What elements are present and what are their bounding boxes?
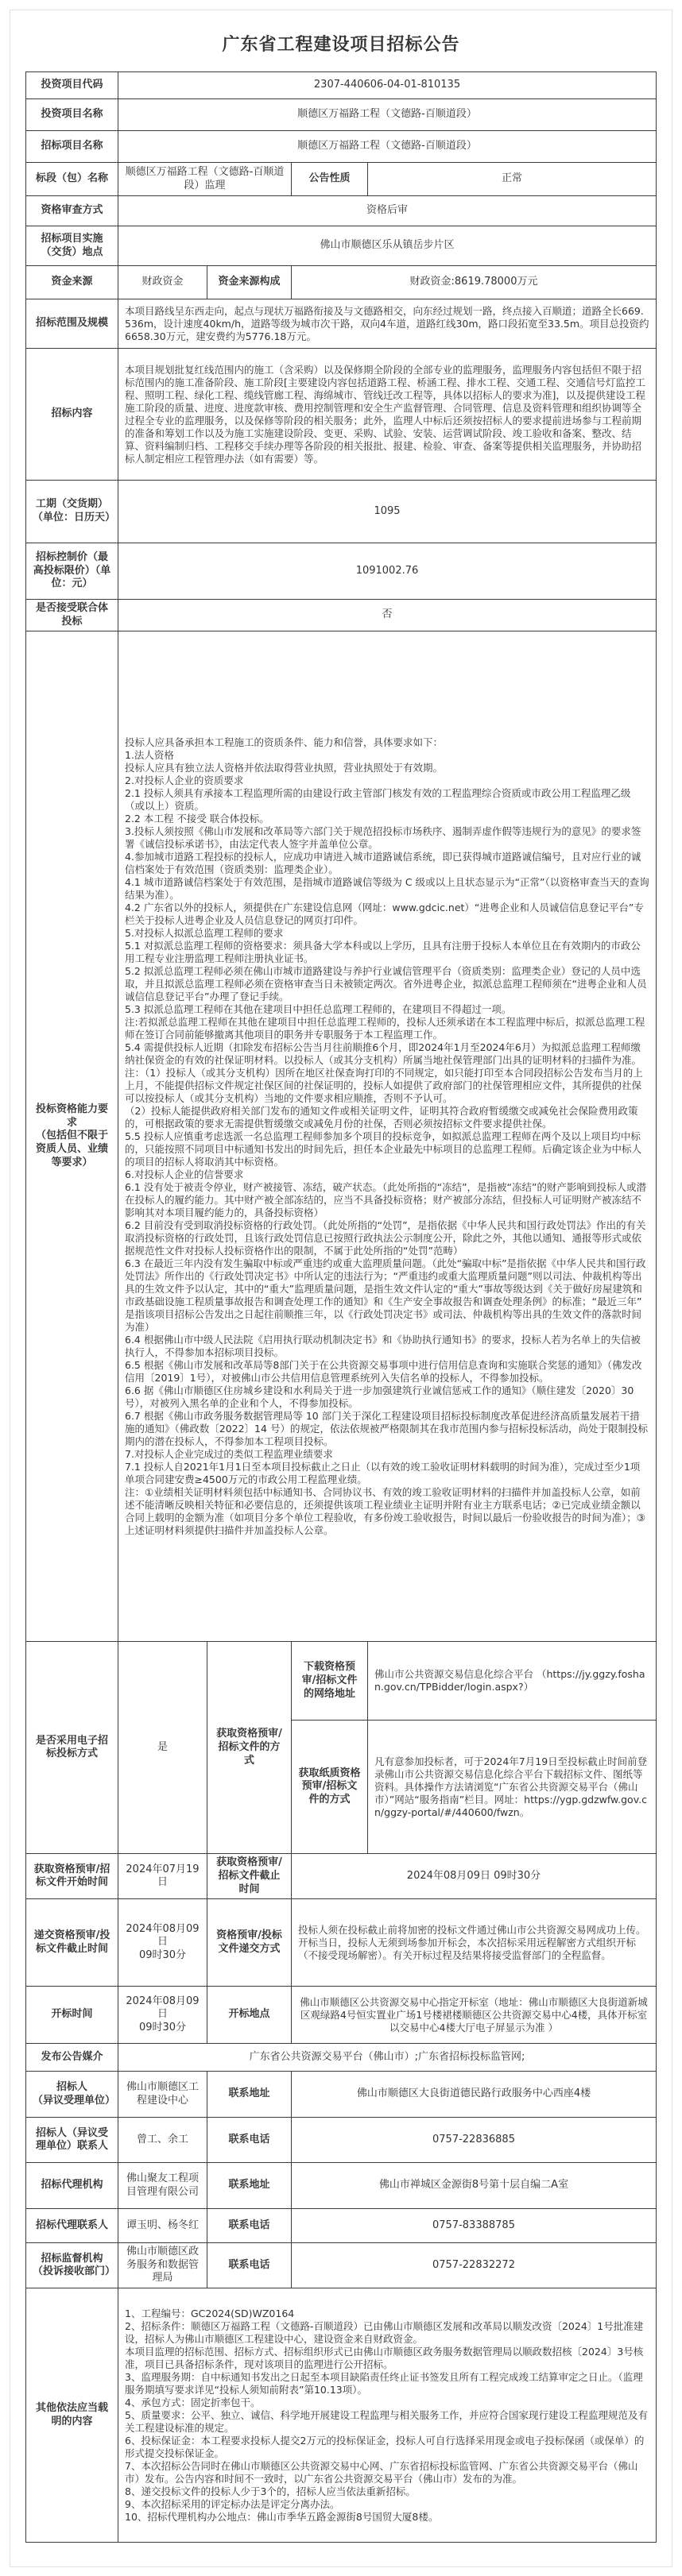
obtain-start-label: 获取资格预审/招标文件开始时间 — [26, 1854, 118, 1899]
paper-docs-label: 获取纸质资格预审/招标文件的方式 — [292, 1721, 368, 1854]
location-label: 招标项目实施（交货）地点 — [26, 226, 118, 266]
submit-method-label: 资格预审/投标文件递交方式 — [207, 1899, 292, 1987]
tenderer-phone-label: 联系电话 — [207, 2118, 292, 2163]
agency-addr-label: 联系地址 — [207, 2163, 292, 2209]
media-label: 发布公告媒介 — [26, 2044, 118, 2072]
duration-value: 1095 — [118, 481, 657, 543]
tenderer-value: 佛山市顺德区工程建设中心 — [118, 2072, 207, 2118]
supervisor-phone-label: 联系电话 — [207, 2243, 292, 2288]
download-url-label: 下载资格预审/招标文件的网络地址 — [292, 1642, 368, 1721]
duration-label: 工期（交货期）（单位：日历天） — [26, 481, 118, 543]
download-url-value: 佛山市公共资源交易信息化综合平台 （https://jy.ggzy.foshan… — [368, 1642, 657, 1721]
supervisor-value: 佛山市顺德区政务服务和数据管理局 — [118, 2243, 207, 2288]
tenderer-label: 招标人 （异议受理单位） — [26, 2072, 118, 2118]
e-bidding-value: 是 — [118, 1642, 207, 1854]
obtain-end-value: 2024年08月09日 09时30分 — [292, 1854, 657, 1899]
scope-label: 招标范围及规模 — [26, 299, 118, 349]
opening-time-label: 开标时间 — [26, 1987, 118, 2044]
consortium-value: 否 — [118, 600, 657, 631]
opening-place-value: 佛山市顺德区公共资源交易中心指定开标室（地址：佛山市顺德区大良街道新城区观绿路4… — [292, 1987, 657, 2044]
funds-value: 财政资金 — [118, 266, 207, 299]
project-code-value: 2307-440606-04-01-810135 — [118, 72, 657, 99]
invest-name-value: 顺德区万福路工程（文德路-百顺道段） — [118, 99, 657, 131]
project-code-label: 投资项目代码 — [26, 72, 118, 99]
qualification-method-value: 资格后审 — [118, 196, 657, 226]
submit-deadline-value: 2024年08月09日 09时30分 — [118, 1899, 207, 1987]
supervisor-phone-value: 0757-22832272 — [292, 2243, 657, 2288]
e-bidding-label: 是否采用电子招标投标方式 — [26, 1642, 118, 1854]
content-value: 本项目规划批复红线范围内的施工（含采购）以及保修期全阶段的全部专业的监理服务，监… — [118, 349, 657, 481]
price-limit-value: 1091002.76 — [118, 543, 657, 600]
submit-method-value: 投标人须在投标截止前将加密的投标文件通过佛山市公共资源交易网成功上传。 开标当日… — [292, 1899, 657, 1987]
scope-value: 本项目路线呈东西走向，起点与现状万福路衔接及与文德路相交，向东经过规划一路，终点… — [118, 299, 657, 349]
obtain-docs-method-label: 获取资格预审/招标文件的方式 — [207, 1642, 292, 1854]
location-value: 佛山市顺德区乐从镇岳步片区 — [118, 226, 657, 266]
obtain-end-label: 获取资格预审/招标文件截止时间 — [207, 1854, 292, 1899]
agency-value: 佛山聚友工程项目管理有限公司 — [118, 2163, 207, 2209]
media-value: 广东省公共资源交易平台（佛山市）;广东省招标投标监管网; — [118, 2044, 657, 2072]
qualification-req-value: 投标人应具备承担本工程施工的资质条件、能力和信誉，具体要求如下： 1.法人资格 … — [118, 631, 657, 1642]
agency-addr-value: 佛山市禅城区金源街8号第十层自编二A室 — [292, 2163, 657, 2209]
qualification-method-label: 资格审查方式 — [26, 196, 118, 226]
funds-label: 资金来源 — [26, 266, 118, 299]
section-label: 标段（包）名称 — [26, 163, 118, 196]
tender-name-label: 招标项目名称 — [26, 131, 118, 163]
section-value: 顺德区万福路工程（文德路-百顺道段）监理 — [118, 163, 292, 196]
agency-contact-label: 招标代理联系人 — [26, 2209, 118, 2243]
announcement-table: 投资项目代码 2307-440606-04-01-810135 投资项目名称 顺… — [25, 71, 657, 2543]
consortium-label: 是否接受联合体投标 — [26, 600, 118, 631]
tenderer-addr-value: 佛山市顺德区大良街道德民路行政服务中心西座4楼 — [292, 2072, 657, 2118]
agency-phone-label: 联系电话 — [207, 2209, 292, 2243]
tenderer-phone-value: 0757-22836885 — [292, 2118, 657, 2163]
obtain-start-value: 2024年07月19日 — [118, 1854, 207, 1899]
content-label: 招标内容 — [26, 349, 118, 481]
opening-place-label: 开标地点 — [207, 1987, 292, 2044]
funds-composition-value: 财政资金:8619.78000万元 — [292, 266, 657, 299]
other-value: 1、工程编号：GC2024(SD)WZ0164 2、招标条件：顺德区万福路工程（… — [118, 2288, 657, 2543]
funds-composition-label: 资金来源构成 — [207, 266, 292, 299]
tender-name-value: 顺德区万福路工程（文德路-百顺道段） — [118, 131, 657, 163]
paper-docs-value: 凡有意参加投标者，可于2024年7月19日至投标截止时间前登录佛山市公共资源交易… — [368, 1721, 657, 1854]
invest-name-label: 投资项目名称 — [26, 99, 118, 131]
tenderer-contact-label: 招标人（异议受理单位）联系人 — [26, 2118, 118, 2163]
supervisor-label: 招标监督机构（投诉接收部门） — [26, 2243, 118, 2288]
other-label: 其他依法应当载明的内容 — [26, 2288, 118, 2543]
page-frame: 广东省工程建设项目招标公告 投资项目代码 2307-440606-04-01-8… — [10, 10, 672, 2567]
price-limit-label: 招标控制价（最高投标限价）（单位：元） — [26, 543, 118, 600]
page-title: 广东省工程建设项目招标公告 — [10, 31, 672, 56]
opening-time-value: 2024年08月09日 09时30分 — [118, 1987, 207, 2044]
agency-phone-value: 0757-83388785 — [292, 2209, 657, 2243]
submit-deadline-label: 递交资格预审/投标文件截止时间 — [26, 1899, 118, 1987]
agency-label: 招标代理机构 — [26, 2163, 118, 2209]
qualification-req-label: 投标资格能力要求 （包括但不限于资质人员、业绩等要求） — [26, 631, 118, 1642]
notice-nature-label: 公告性质 — [292, 163, 368, 196]
tenderer-contact-value: 曾工、余工 — [118, 2118, 207, 2163]
notice-nature-value: 正常 — [368, 163, 657, 196]
tenderer-addr-label: 联系地址 — [207, 2072, 292, 2118]
agency-contact-value: 谭玉明、杨冬红 — [118, 2209, 207, 2243]
